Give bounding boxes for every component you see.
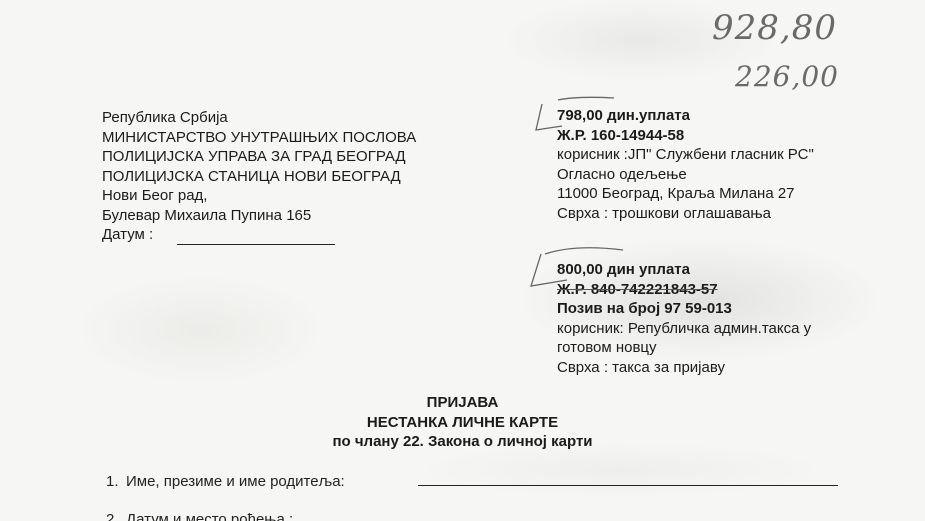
handwritten-total: 928,80 [712,8,837,48]
form-item-label: Име, презиме и име родитеља: [126,473,345,490]
payment-2-recipient: корисник: Републичка админ.такса у [557,319,811,339]
payment-2-reference: Позив на број 97 59-013 [557,299,811,319]
ministry-line: МИНИСТАРСТВО УНУТРАШЊИХ ПОСЛОВА [102,128,416,148]
payment-1-recipient: корисник :ЈП" Службени гласник РС" [557,145,814,165]
payment-2-purpose: Сврха : такса за пријаву [557,358,811,378]
payment-1-address: 11000 Београд, Краља Милана 27 [557,184,814,204]
title-line-1: ПРИЈАВА [0,393,925,413]
payment-1-account: Ж.Р. 160-14944-58 [557,126,814,146]
payment-1-department: Огласно одељење [557,165,814,185]
document-title: ПРИЈАВА НЕСТАНКА ЛИЧНЕ КАРТЕ по члану 22… [0,393,925,452]
payment-2-block: 800,00 дин уплата Ж.Р. 840-742221843-57 … [557,260,811,377]
title-line-2: НЕСТАНКА ЛИЧНЕ КАРТЕ [0,413,925,433]
form-item: 1. Име, презиме и име родитеља: [106,473,345,490]
date-field[interactable] [177,232,335,245]
country-line: Република Србија [102,108,416,128]
form-item: 2. Датум и место рођења : [106,511,293,521]
name-field[interactable] [418,485,838,486]
payment-1-purpose: Сврха : трошкови оглашавања [557,204,814,224]
police-station-line: ПОЛИЦИЈСКА СТАНИЦА НОВИ БЕОГРАД [102,167,416,187]
street-line: Булевар Михаила Пупина 165 [102,206,416,226]
payment-2-account: Ж.Р. 840-742221843-57 [557,280,811,300]
city-line: Нови Беог рад, [102,186,416,206]
police-department-line: ПОЛИЦИЈСКА УПРАВА ЗА ГРАД БЕОГРАД [102,147,416,167]
handwritten-amount: 226,00 [735,60,839,93]
form-item-number: 2. [106,511,126,521]
sender-address-block: Република Србија МИНИСТАРСТВО УНУТРАШЊИХ… [102,108,416,245]
date-label: Датум : [102,225,153,245]
form-item-label: Датум и место рођења : [126,511,293,521]
payment-2-amount: 800,00 дин уплата [557,260,811,280]
payment-1-block: 798,00 дин.уплата Ж.Р. 160-14944-58 кори… [557,106,814,223]
payment-2-recipient-cont: готовом новцу [557,338,811,358]
title-line-3: по члану 22. Закона о личној карти [0,432,925,452]
date-row: Датум : [102,225,416,245]
payment-1-amount: 798,00 дин.уплата [557,106,814,126]
form-item-number: 1. [106,473,126,490]
